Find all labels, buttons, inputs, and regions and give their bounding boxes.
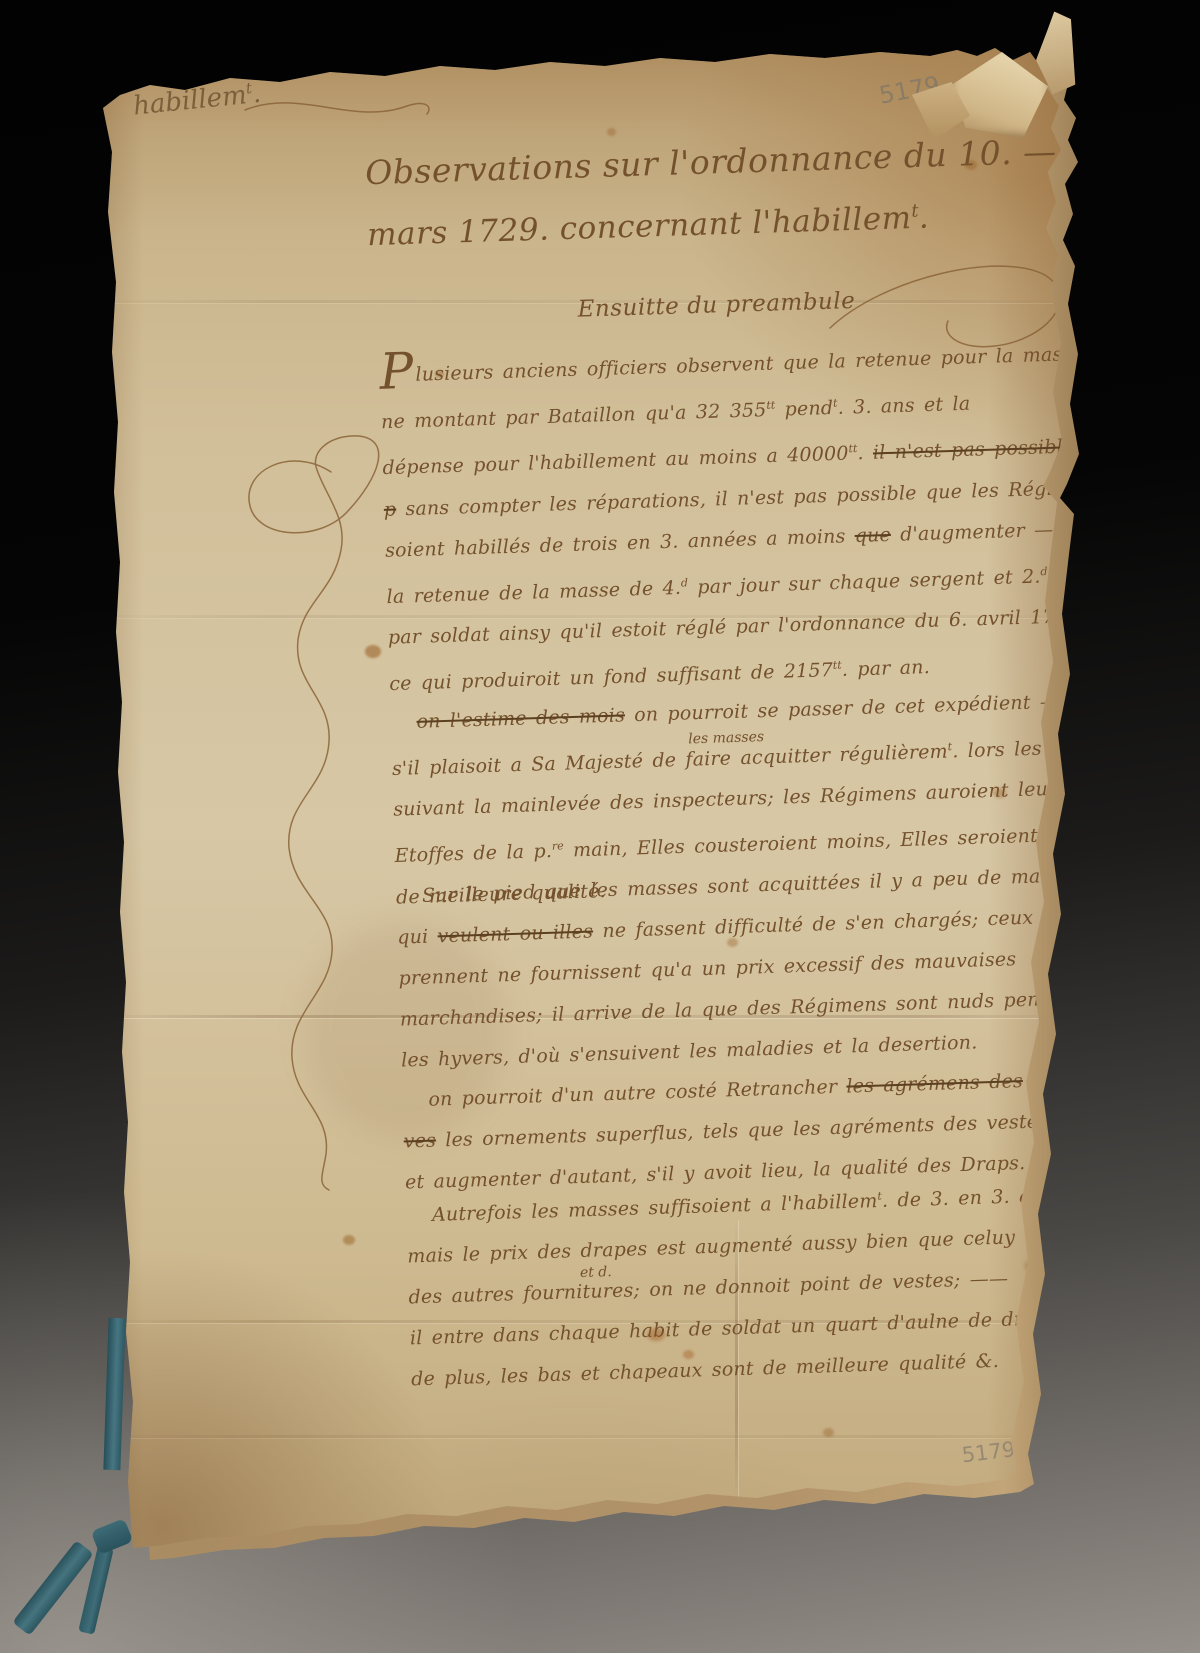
manuscript-body: Plusieurs anciens officiers observent qu… bbox=[71, 20, 1088, 1565]
binding-ribbon-edge bbox=[103, 1318, 125, 1471]
manuscript-page: habillemt. 5179 Observations sur l'ordon… bbox=[95, 40, 1065, 1555]
paragraph: Plusieurs anciens officiers observent qu… bbox=[379, 335, 1062, 705]
ink-blot bbox=[1001, 1540, 1011, 1551]
paragraph: Autrefois les masses suffisoient a l'hab… bbox=[405, 1169, 1083, 1400]
photo-background: habillemt. 5179 Observations sur l'ordon… bbox=[0, 0, 1200, 1653]
handwriting-layer: habillemt. 5179 Observations sur l'ordon… bbox=[71, 20, 1088, 1565]
binding-ribbon-knot bbox=[91, 1518, 134, 1555]
initial-letter: P bbox=[379, 342, 415, 401]
paragraph: Sur le pied que les masses sont acquitté… bbox=[395, 856, 1073, 1082]
ink-blot bbox=[981, 1516, 1003, 1542]
interlinear-insertion: les masses bbox=[688, 729, 764, 747]
interlinear-insertion: et d. bbox=[580, 1264, 612, 1281]
